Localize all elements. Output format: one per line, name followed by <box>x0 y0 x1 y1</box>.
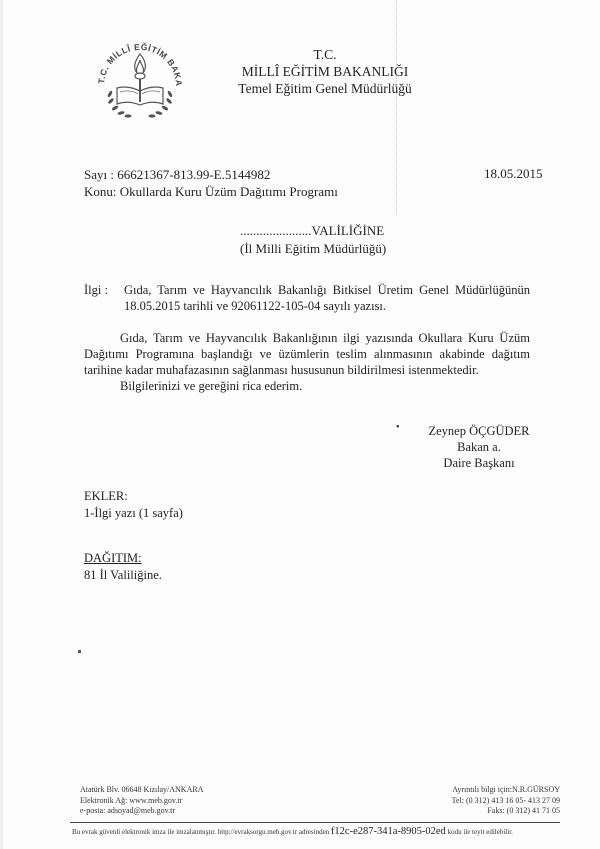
footer-fax: Faks: (0 312) 41 71 05 <box>404 806 560 817</box>
addressee-line-2: (İl Milli Eğitim Müdürlüğü) <box>240 240 386 258</box>
footer-website[interactable]: Elektronik Ağ: www.meb.gov.tr <box>80 796 203 807</box>
directorate-name: Temel Eğitim Genel Müdürlüğü <box>220 80 430 97</box>
sayi-value: : 66621367-813.99-E.5144982 <box>110 167 270 182</box>
signer-name: Zeynep ÖÇGÜDER <box>404 423 554 439</box>
scan-speck <box>78 650 81 653</box>
attachments-label: EKLER: <box>84 488 183 505</box>
scan-edge <box>0 0 3 849</box>
addressee-line-1: ......................VALİLİĞİNE <box>240 222 386 240</box>
ministry-name: MİLLÎ EĞİTİM BAKANLIĞI <box>220 63 430 80</box>
body-paragraph-1: Gıda, Tarım ve Hayvancılık Bakanlığının … <box>84 330 530 378</box>
verification-prefix: Bu evrak güvenli elektronik imza ile imz… <box>72 828 329 836</box>
distribution-item: 81 İl Valiliğine. <box>84 567 162 584</box>
ilgi-line-1: Gıda, Tarım ve Hayvancılık Bakanlığı Bit… <box>124 282 530 298</box>
document-date: 18.05.2015 <box>484 166 543 182</box>
body-paragraph-2: Bilgilerinizi ve gereğini rica ederim. <box>84 378 530 394</box>
distribution-section: DAĞITIM: 81 İl Valiliğine. <box>84 550 162 584</box>
signer-title-2: Daire Başkanı <box>404 455 554 471</box>
signature-mark: • <box>396 422 400 433</box>
verification-code: f12c-e287-341a-8905-02ed <box>331 826 446 837</box>
konu-label: Konu: <box>84 184 117 199</box>
footer-phone: Tel: (0 312) 413 16 05- 413 27 09 <box>404 796 560 807</box>
fold-line <box>396 0 398 215</box>
footer-email[interactable]: e-posta: adsoyad@meb.gov.tr <box>80 806 203 817</box>
signer-title-1: Bakan a. <box>404 439 554 455</box>
addressee: ......................VALİLİĞİNE (İl Mil… <box>240 222 386 258</box>
letter-body: Gıda, Tarım ve Hayvancılık Bakanlığının … <box>84 330 530 394</box>
signature-block: Zeynep ÖÇGÜDER Bakan a. Daire Başkanı <box>404 423 554 471</box>
attachments-section: EKLER: 1-İlgi yazı (1 sayfa) <box>84 488 183 522</box>
letterhead: T.C. MİLLÎ EĞİTİM BAKANLIĞI Temel Eğitim… <box>220 46 430 97</box>
ilgi-line-2: 18.05.2015 tarihli ve 92061122-105-04 sa… <box>84 298 530 314</box>
attachment-item: 1-İlgi yazı (1 sayfa) <box>84 505 183 522</box>
footer-contact-person: Ayrıntılı bilgi için:N.R.GÜRSOY <box>404 785 560 796</box>
footer-divider <box>70 822 560 823</box>
footer-contact: Ayrıntılı bilgi için:N.R.GÜRSOY Tel: (0 … <box>404 785 560 817</box>
verification-note: Bu evrak güvenli elektronik imza ile imz… <box>72 826 592 837</box>
meb-emblem-icon: T.C. MİLLÎ EĞİTİM BAKANLIĞI <box>90 28 190 128</box>
verification-suffix: kodu ile teyit edilebilir. <box>448 828 513 836</box>
footer-address: Atatürk Blv. 06648 Kızılay/ANKARA Elektr… <box>80 785 203 817</box>
distribution-label: DAĞITIM: <box>84 550 162 567</box>
konu-value: Okullarda Kuru Üzüm Dağıtımı Programı <box>120 184 338 199</box>
ilgi-label: İlgi : <box>84 282 124 298</box>
reference-section: İlgi : Gıda, Tarım ve Hayvancılık Bakanl… <box>84 282 530 314</box>
document-meta: Sayı : 66621367-813.99-E.5144982 Konu: O… <box>84 166 338 200</box>
letterhead-line-1: T.C. <box>220 46 430 63</box>
footer-street: Atatürk Blv. 06648 Kızılay/ANKARA <box>80 785 203 796</box>
sayi-label: Sayı <box>84 167 107 182</box>
